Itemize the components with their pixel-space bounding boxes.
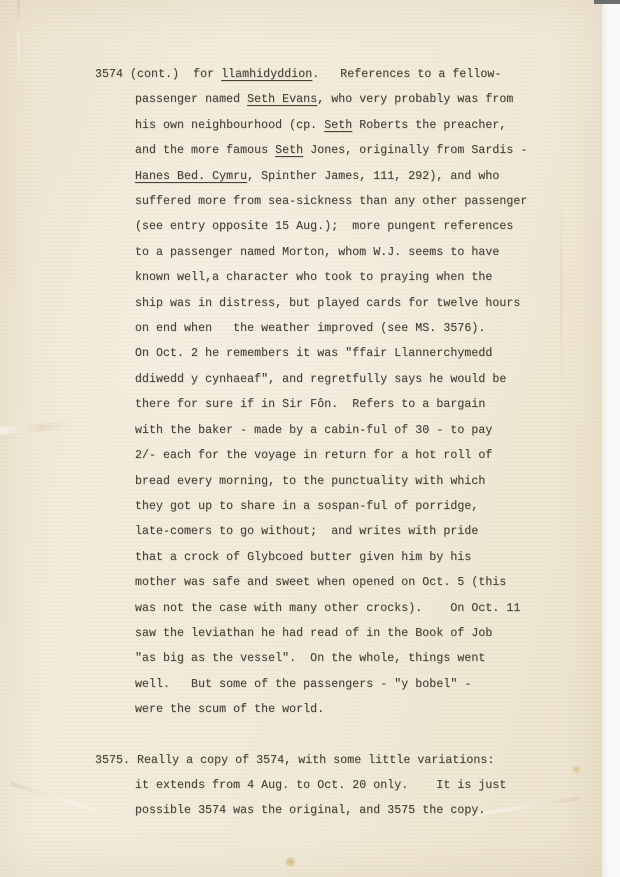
paragraph-line: with the baker - made by a cabin-ful of … [135, 418, 575, 443]
paragraph-line: well. But some of the passengers - "y bo… [135, 672, 575, 697]
paragraph-line: 3574 (cont.) for llamhidyddion. Referenc… [95, 62, 575, 87]
typewritten-text: 3574 (cont.) for llamhidyddion. Referenc… [135, 62, 575, 849]
underlined-text: Seth [324, 119, 352, 132]
paragraph: 3575. Really a copy of 3574, with some l… [135, 748, 575, 824]
paragraph-line: possible 3574 was the original, and 3575… [135, 798, 575, 823]
text-segment: , who very probably was from [317, 93, 513, 106]
paragraph-line: mother was safe and sweet when opened on… [135, 570, 575, 595]
text-segment: that a crock of Glybcoed butter given hi… [135, 551, 471, 564]
text-segment: Roberts the preacher, [352, 119, 506, 132]
text-segment: his own neighbourhood (cp. [135, 119, 324, 132]
scanner-background-strip [602, 0, 620, 877]
text-segment: there for sure if in Sir Fôn. Refers to … [135, 398, 485, 411]
text-segment: it extends from 4 Aug. to Oct. 20 only. … [135, 779, 506, 792]
paragraph-line: there for sure if in Sir Fôn. Refers to … [135, 392, 575, 417]
text-segment: known well,a character who took to prayi… [135, 271, 492, 284]
paragraph-line: they got up to share in a sospan-ful of … [135, 494, 575, 519]
crease-line [10, 782, 125, 823]
paragraph-line: "as big as the vessel". On the whole, th… [135, 646, 575, 671]
paragraph-line: bread every morning, to the punctuality … [135, 469, 575, 494]
underlined-text: Seth Evans [247, 93, 317, 106]
paragraph-line: ship was in distress, but played cards f… [135, 291, 575, 316]
text-segment: Jones, originally from Sardis - [303, 144, 527, 157]
underlined-text: llamhidyddion [221, 68, 312, 81]
underlined-text: Hanes Bed. Cymru [135, 170, 247, 183]
paragraph-line: saw the leviathan he had read of in the … [135, 621, 575, 646]
text-segment: mother was safe and sweet when opened on… [135, 576, 506, 589]
paragraph-line: his own neighbourhood (cp. Seth Roberts … [135, 113, 575, 138]
crease-line [0, 422, 70, 435]
paper-sheet: 3574 (cont.) for llamhidyddion. Referenc… [0, 0, 603, 877]
text-segment: 3574 (cont.) for [95, 68, 221, 81]
text-segment: (see entry opposite 15 Aug.); more punge… [135, 220, 513, 233]
paragraph-line: passenger named Seth Evans, who very pro… [135, 87, 575, 112]
text-segment: well. But some of the passengers - "y bo… [135, 678, 471, 691]
paragraph-line: Hanes Bed. Cymru, Spinther James, 111, 2… [135, 164, 575, 189]
text-segment: and the more famous [135, 144, 275, 157]
paragraph-line: on end when the weather improved (see MS… [135, 316, 575, 341]
text-segment: were the scum of the world. [135, 703, 324, 716]
paragraph-line: late-comers to go without; and writes wi… [135, 519, 575, 544]
text-segment: on end when the weather improved (see MS… [135, 322, 485, 335]
text-segment: 3575. Really a copy of 3574, with some l… [95, 754, 494, 767]
paragraph-line: it extends from 4 Aug. to Oct. 20 only. … [135, 773, 575, 798]
paragraph-line: On Oct. 2 he remembers it was "ffair Lla… [135, 341, 575, 366]
paragraph-line: 3575. Really a copy of 3574, with some l… [95, 748, 575, 773]
scan-corner-mark [594, 0, 620, 4]
paragraph-line: 2/- each for the voyage in return for a … [135, 443, 575, 468]
paragraph-line: suffered more from sea-sickness than any… [135, 189, 575, 214]
text-segment: . References to a fellow- [312, 68, 501, 81]
text-segment: bread every morning, to the punctuality … [135, 475, 485, 488]
text-segment: to a passenger named Morton, whom W.J. s… [135, 246, 499, 259]
paragraph-line: known well,a character who took to prayi… [135, 265, 575, 290]
text-segment: saw the leviathan he had read of in the … [135, 627, 492, 640]
paragraph-line: to a passenger named Morton, whom W.J. s… [135, 240, 575, 265]
stain-mark [285, 857, 296, 867]
text-segment: ddiwedd y cynhaeaf", and regretfully say… [135, 373, 506, 386]
crease-line [17, 0, 20, 78]
text-segment: they got up to share in a sospan-ful of … [135, 500, 478, 513]
paragraph: 3574 (cont.) for llamhidyddion. Referenc… [135, 62, 575, 723]
text-segment: 2/- each for the voyage in return for a … [135, 449, 492, 462]
paragraph-line: were the scum of the world. [135, 697, 575, 722]
paragraph-line: that a crock of Glybcoed butter given hi… [135, 545, 575, 570]
text-segment: , Spinther James, 111, 292), and who [247, 170, 499, 183]
text-segment: ship was in distress, but played cards f… [135, 297, 520, 310]
paragraph-line: ddiwedd y cynhaeaf", and regretfully say… [135, 367, 575, 392]
paragraph-line: and the more famous Seth Jones, original… [135, 138, 575, 163]
text-segment: was not the case with many other crocks)… [135, 602, 520, 615]
paragraph-line: (see entry opposite 15 Aug.); more punge… [135, 214, 575, 239]
underlined-text: Seth [275, 144, 303, 157]
text-segment: suffered more from sea-sickness than any… [135, 195, 527, 208]
paragraph-line: was not the case with many other crocks)… [135, 596, 575, 621]
text-segment: "as big as the vessel". On the whole, th… [135, 652, 485, 665]
text-segment: with the baker - made by a cabin-ful of … [135, 424, 492, 437]
scanned-page: 3574 (cont.) for llamhidyddion. Referenc… [0, 0, 620, 877]
text-segment: On Oct. 2 he remembers it was "ffair Lla… [135, 347, 492, 360]
text-segment: passenger named [135, 93, 247, 106]
text-segment: possible 3574 was the original, and 3575… [135, 804, 485, 817]
text-segment: late-comers to go without; and writes wi… [135, 525, 478, 538]
